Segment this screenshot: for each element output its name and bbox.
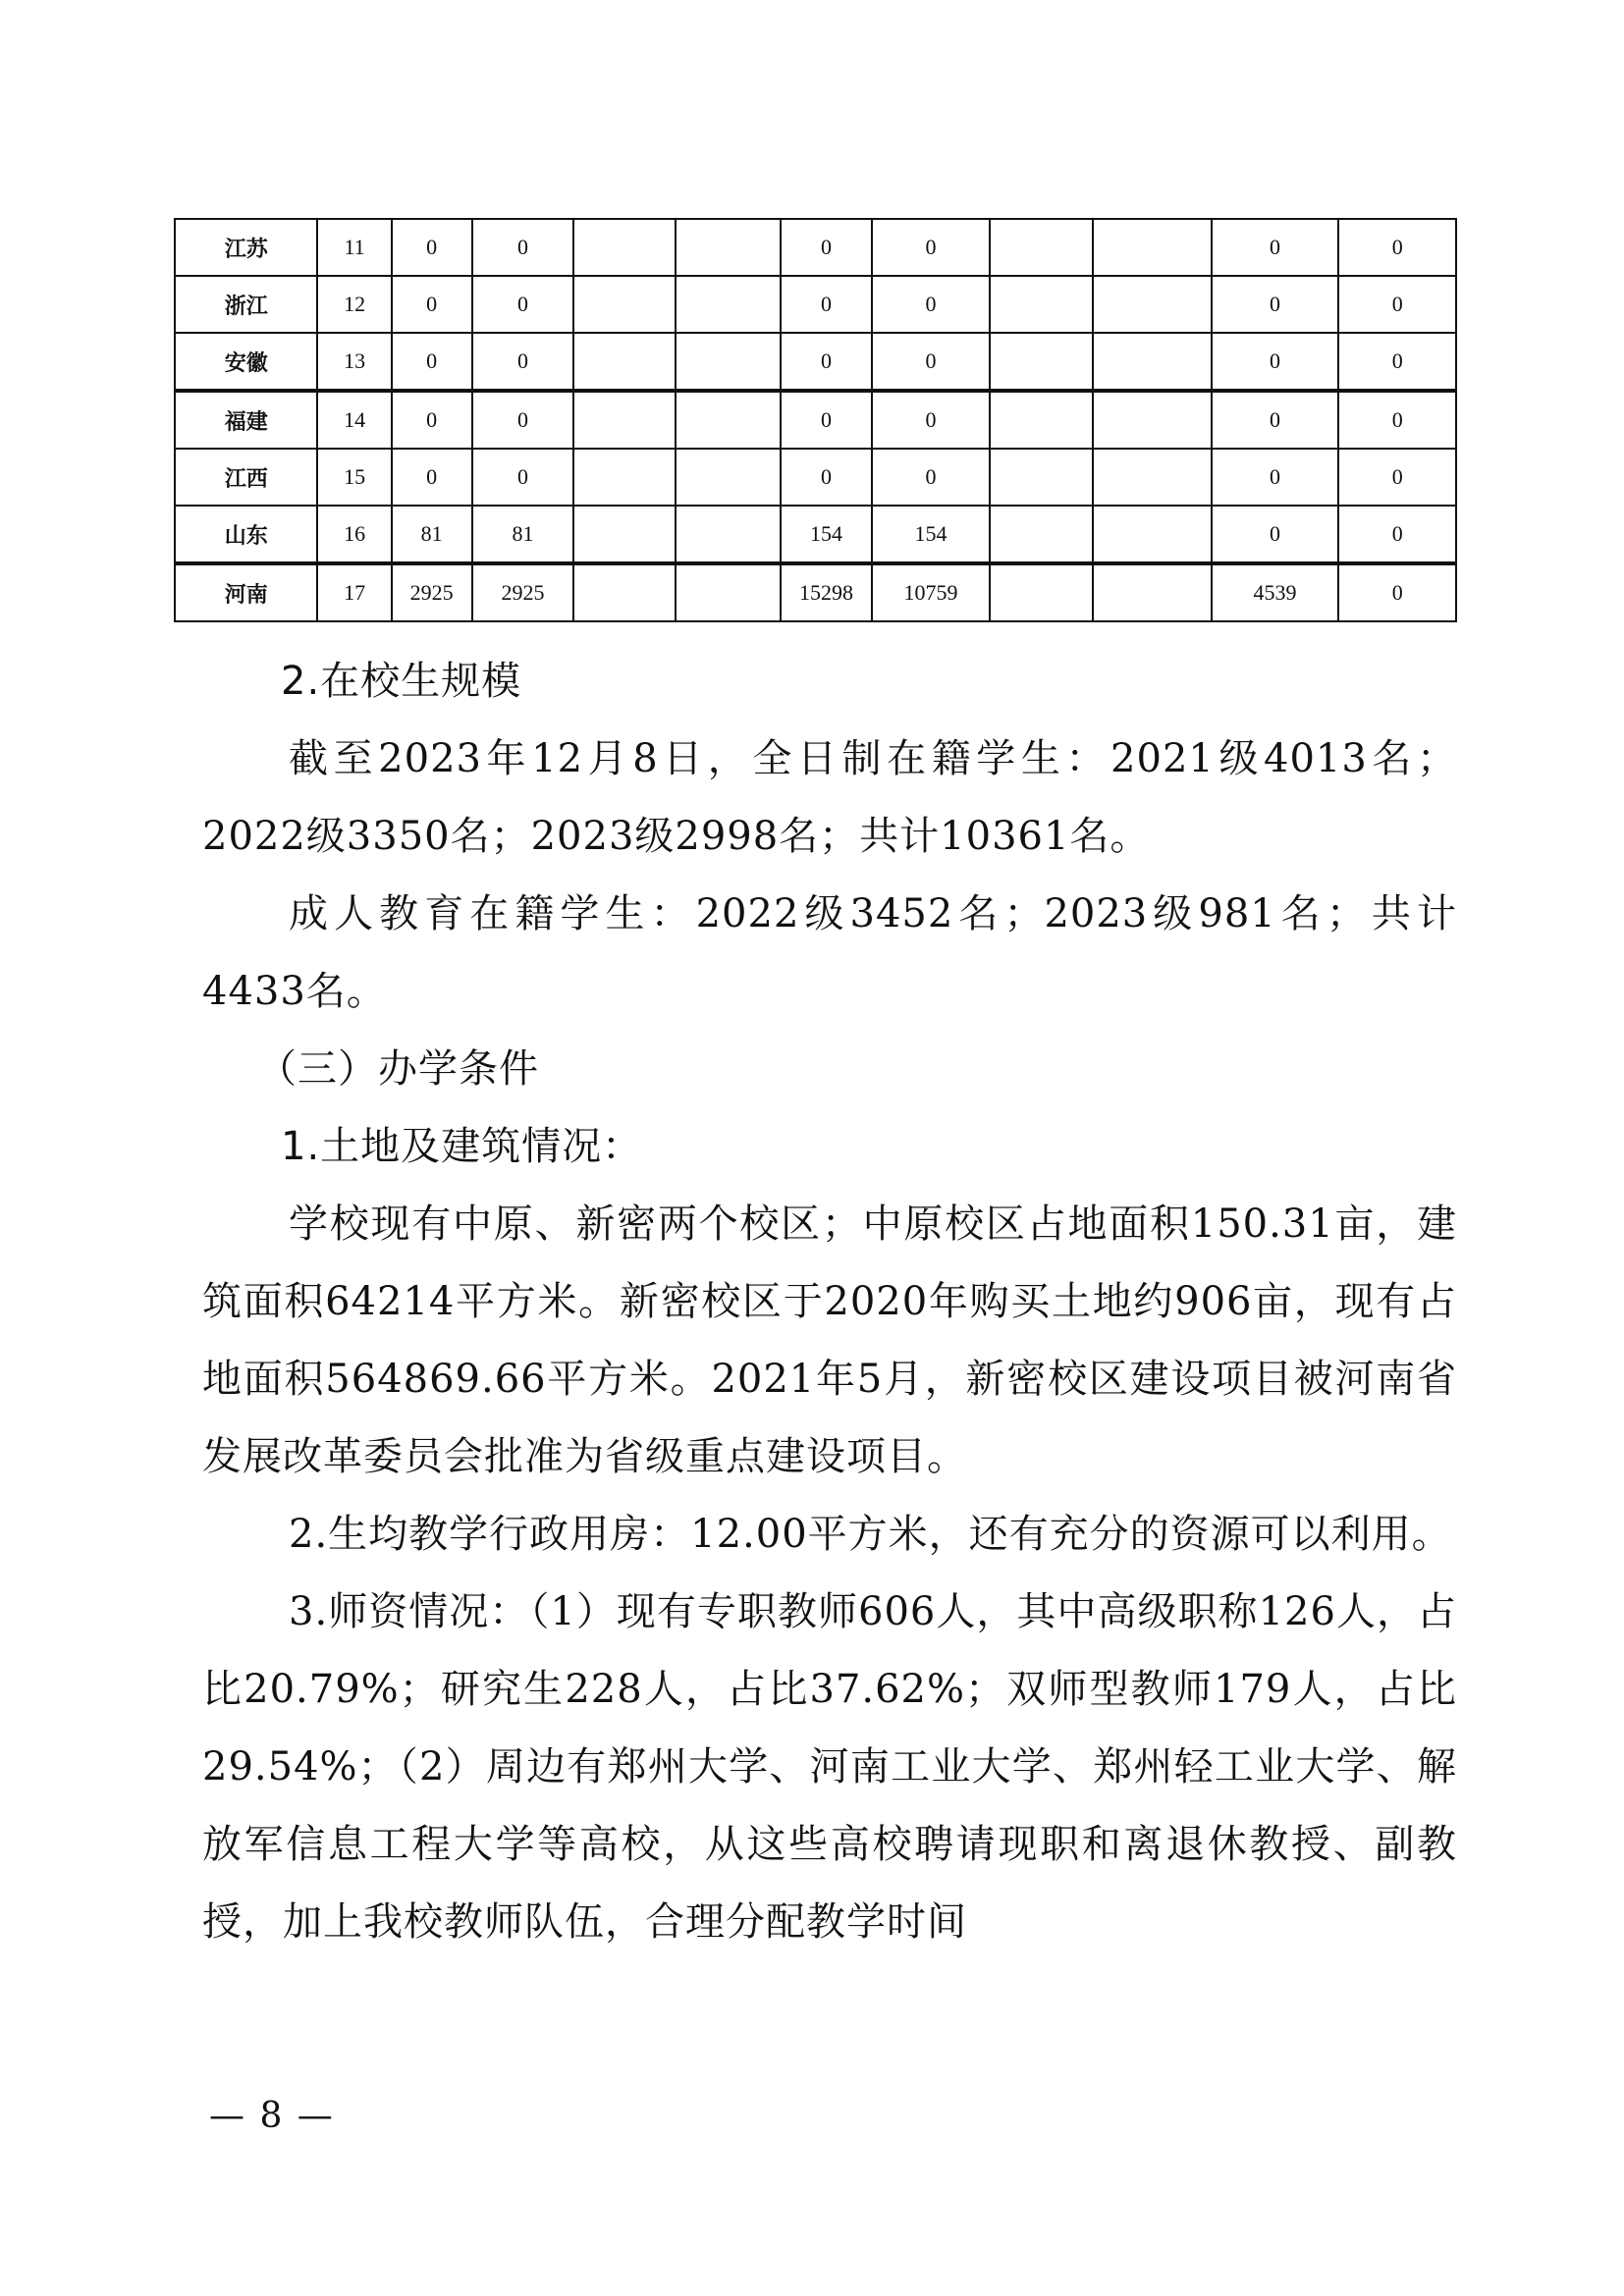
index-cell: 16 bbox=[317, 506, 391, 563]
value-cell: 0 bbox=[781, 333, 872, 391]
value-cell: 0 bbox=[1338, 333, 1456, 391]
table-row: 江苏11000000 bbox=[175, 219, 1456, 276]
value-cell: 0 bbox=[1338, 449, 1456, 506]
value-cell bbox=[1093, 449, 1212, 506]
body-text: 2.在校生规模 截至2023年12月8日，全日制在籍学生：2021级4013名；… bbox=[202, 643, 1457, 1961]
value-cell: 154 bbox=[781, 506, 872, 563]
document-page: 江苏11000000浙江12000000安徽13000000福建14000000… bbox=[0, 0, 1624, 2296]
province-cell: 安徽 bbox=[175, 333, 317, 391]
value-cell: 0 bbox=[1212, 276, 1339, 333]
value-cell bbox=[1093, 563, 1212, 621]
section-heading-conditions: （三）办学条件 bbox=[202, 1031, 1457, 1108]
value-cell bbox=[573, 219, 676, 276]
index-cell: 15 bbox=[317, 449, 391, 506]
table-row: 山东16818115415400 bbox=[175, 506, 1456, 563]
value-cell: 10759 bbox=[872, 563, 989, 621]
value-cell: 0 bbox=[781, 391, 872, 449]
paragraph-admin-space: 2.生均教学行政用房：12.00平方米，还有充分的资源可以利用。 bbox=[202, 1496, 1457, 1574]
value-cell bbox=[990, 333, 1093, 391]
value-cell: 0 bbox=[781, 219, 872, 276]
value-cell: 0 bbox=[472, 333, 574, 391]
value-cell bbox=[1093, 391, 1212, 449]
value-cell: 0 bbox=[392, 219, 472, 276]
value-cell: 0 bbox=[1338, 391, 1456, 449]
value-cell: 0 bbox=[392, 333, 472, 391]
value-cell: 0 bbox=[392, 276, 472, 333]
table-row: 河南1729252925152981075945390 bbox=[175, 563, 1456, 621]
value-cell bbox=[573, 333, 676, 391]
value-cell: 0 bbox=[872, 219, 989, 276]
province-cell: 浙江 bbox=[175, 276, 317, 333]
value-cell bbox=[676, 276, 780, 333]
value-cell bbox=[990, 276, 1093, 333]
index-cell: 12 bbox=[317, 276, 391, 333]
value-cell bbox=[676, 219, 780, 276]
section-heading-land: 1.土地及建筑情况： bbox=[202, 1108, 1457, 1186]
province-cell: 山东 bbox=[175, 506, 317, 563]
section-heading-enrollment: 2.在校生规模 bbox=[202, 643, 1457, 721]
value-cell: 0 bbox=[1338, 563, 1456, 621]
table-row: 浙江12000000 bbox=[175, 276, 1456, 333]
paragraph-land-buildings: 学校现有中原、新密两个校区；中原校区占地面积150.31亩，建筑面积64214平… bbox=[202, 1186, 1457, 1496]
province-cell: 江苏 bbox=[175, 219, 317, 276]
value-cell bbox=[573, 506, 676, 563]
value-cell: 0 bbox=[1212, 506, 1339, 563]
value-cell: 0 bbox=[1212, 391, 1339, 449]
value-cell: 0 bbox=[872, 333, 989, 391]
province-cell: 福建 bbox=[175, 391, 317, 449]
index-cell: 17 bbox=[317, 563, 391, 621]
value-cell: 0 bbox=[872, 276, 989, 333]
value-cell: 0 bbox=[1338, 219, 1456, 276]
value-cell: 0 bbox=[1338, 506, 1456, 563]
value-cell bbox=[990, 506, 1093, 563]
province-cell: 河南 bbox=[175, 563, 317, 621]
value-cell: 0 bbox=[1212, 449, 1339, 506]
value-cell: 0 bbox=[472, 276, 574, 333]
value-cell bbox=[573, 449, 676, 506]
value-cell: 2925 bbox=[472, 563, 574, 621]
value-cell bbox=[1093, 276, 1212, 333]
value-cell: 0 bbox=[472, 391, 574, 449]
enrollment-by-province-table: 江苏11000000浙江12000000安徽13000000福建14000000… bbox=[174, 218, 1457, 622]
province-cell: 江西 bbox=[175, 449, 317, 506]
paragraph-fulltime-students: 截至2023年12月8日，全日制在籍学生：2021级4013名；2022级335… bbox=[202, 721, 1457, 876]
value-cell bbox=[990, 449, 1093, 506]
value-cell bbox=[573, 276, 676, 333]
value-cell bbox=[676, 333, 780, 391]
value-cell: 0 bbox=[872, 391, 989, 449]
table-row: 福建14000000 bbox=[175, 391, 1456, 449]
value-cell: 0 bbox=[1212, 333, 1339, 391]
value-cell: 0 bbox=[781, 449, 872, 506]
value-cell bbox=[1093, 506, 1212, 563]
value-cell bbox=[676, 563, 780, 621]
value-cell: 0 bbox=[1212, 219, 1339, 276]
value-cell bbox=[1093, 333, 1212, 391]
table-row: 江西15000000 bbox=[175, 449, 1456, 506]
value-cell bbox=[990, 219, 1093, 276]
value-cell bbox=[990, 391, 1093, 449]
value-cell: 4539 bbox=[1212, 563, 1339, 621]
value-cell bbox=[573, 391, 676, 449]
page-number: — 8 — bbox=[209, 2096, 335, 2136]
value-cell bbox=[676, 391, 780, 449]
value-cell: 0 bbox=[781, 276, 872, 333]
value-cell bbox=[676, 506, 780, 563]
value-cell: 0 bbox=[1338, 276, 1456, 333]
value-cell: 81 bbox=[472, 506, 574, 563]
index-cell: 13 bbox=[317, 333, 391, 391]
value-cell: 15298 bbox=[781, 563, 872, 621]
value-cell: 0 bbox=[392, 391, 472, 449]
index-cell: 14 bbox=[317, 391, 391, 449]
value-cell bbox=[1093, 219, 1212, 276]
paragraph-faculty: 3.师资情况：（1）现有专职教师606人，其中高级职称126人，占比20.79%… bbox=[202, 1574, 1457, 1961]
paragraph-adult-students: 成人教育在籍学生：2022级3452名；2023级981名；共计4433名。 bbox=[202, 876, 1457, 1031]
value-cell bbox=[990, 563, 1093, 621]
index-cell: 11 bbox=[317, 219, 391, 276]
value-cell: 2925 bbox=[392, 563, 472, 621]
value-cell bbox=[676, 449, 780, 506]
value-cell: 154 bbox=[872, 506, 989, 563]
value-cell: 0 bbox=[472, 449, 574, 506]
value-cell: 81 bbox=[392, 506, 472, 563]
value-cell: 0 bbox=[472, 219, 574, 276]
value-cell bbox=[573, 563, 676, 621]
table-row: 安徽13000000 bbox=[175, 333, 1456, 391]
value-cell: 0 bbox=[392, 449, 472, 506]
value-cell: 0 bbox=[872, 449, 989, 506]
